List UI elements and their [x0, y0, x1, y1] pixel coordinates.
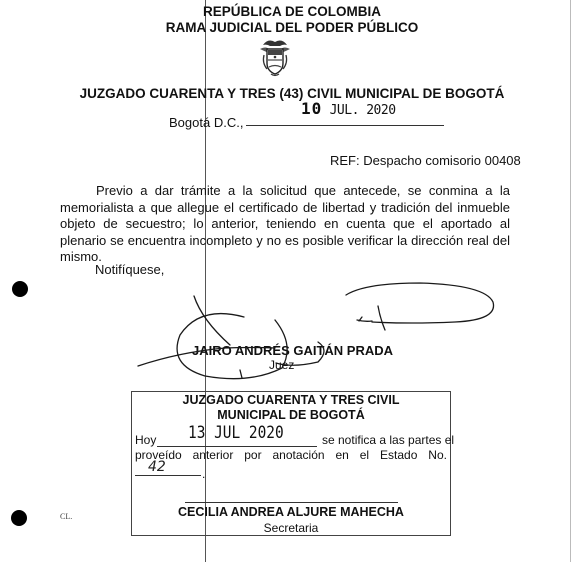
secretary-title: Secretaria: [131, 521, 451, 535]
date-city: Bogotá D.C.,: [169, 115, 243, 130]
header-country: REPÚBLICA DE COLOMBIA: [0, 4, 576, 19]
secretary-name: CECILIA ANDREA ALJURE MAHECHA: [131, 505, 451, 519]
proveido-word: el: [360, 448, 369, 462]
scan-edge-line: [570, 0, 571, 562]
notification-proveido-line: proveído anterior por anotación en el Es…: [135, 448, 447, 462]
judge-name: JAIRO ANDRÉS GAITÁN PRADA: [192, 343, 393, 358]
proveido-word: Estado: [380, 448, 417, 462]
date-stamp-day: 10: [301, 99, 322, 118]
margin-note: CL.: [60, 512, 72, 521]
date-underline: [246, 125, 444, 126]
notification-date-stamp: 13 JUL 2020: [188, 423, 284, 443]
secretary-signature-line: [185, 502, 398, 503]
order-paragraph-text: Previo a dar trámite a la solicitud que …: [60, 183, 510, 264]
order-paragraph: Previo a dar trámite a la solicitud que …: [60, 183, 510, 266]
estado-underline: [135, 475, 201, 476]
estado-number-handwritten: 42: [148, 459, 166, 475]
notification-box-title: JUZGADO CUARENTA Y TRES CIVIL MUNICIPAL …: [131, 393, 451, 423]
date-stamp: 10 JUL. 2020: [301, 99, 396, 118]
proveido-word: anterior: [193, 448, 234, 462]
punch-hole-mark: [12, 281, 28, 297]
notification-date-underline: [157, 446, 317, 447]
estado-end-period: .: [202, 467, 205, 481]
notification-hoy-label: Hoy: [135, 433, 156, 447]
judge-title: Juez: [269, 358, 294, 372]
reference-line: REF: Despacho comisorio 00408: [330, 153, 521, 168]
proveido-word: por: [244, 448, 261, 462]
date-stamp-month-year: JUL. 2020: [330, 103, 396, 118]
proveido-word: anotación: [273, 448, 325, 462]
notification-text: se notifica a las partes el: [322, 433, 454, 447]
closing-notifiquese: Notifíquese,: [95, 262, 164, 277]
proveido-word: en: [335, 448, 348, 462]
coat-of-arms-icon: [258, 37, 292, 77]
punch-hole-mark: [11, 510, 27, 526]
proveido-word: No.: [428, 448, 447, 462]
header-branch: RAMA JUDICIAL DEL PODER PÚBLICO: [0, 20, 576, 35]
court-name: JUZGADO CUARENTA Y TRES (43) CIVIL MUNIC…: [0, 86, 576, 101]
